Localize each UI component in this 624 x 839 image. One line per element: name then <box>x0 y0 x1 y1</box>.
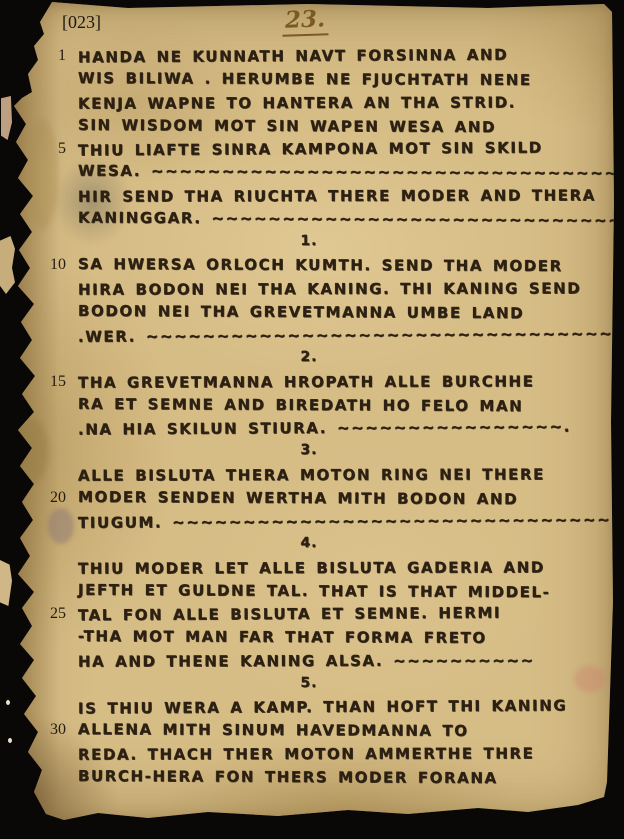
manuscript-line-text: TIUGUM. ~~~~~~~~~~~~~~~~~~~~~~~~~~~~~~~~… <box>78 510 624 532</box>
manuscript-line-text: HANDA NE KUNNATH NAVT FORSINNA AND <box>78 46 508 67</box>
manuscript-line: KANINGGAR. ~~~~~~~~~~~~~~~~~~~~~~~~~~~~~… <box>8 210 610 233</box>
manuscript-line: HA AND THENE KANING ALSA. ~~~~~~~~~~ <box>8 652 610 675</box>
manuscript-line: 15THA GREVETMANNA HROPATH ALLE BURCHHE <box>8 373 610 396</box>
manuscript-line: 30ALLENA MITH SINUM HAVEDMANNA TO <box>8 721 610 744</box>
section-heading-text: 4. <box>8 534 610 553</box>
section-heading-text: 1. <box>8 231 610 251</box>
manuscript-line: 20MODER SENDEN WERTHA MITH BODON AND <box>8 489 610 512</box>
margin-line-number: 10 <box>36 256 66 274</box>
manuscript-line: ALLE BISLUTA THERA MOTON RING NEI THERE <box>8 466 610 489</box>
margin-line-number: 25 <box>36 605 66 623</box>
manuscript-line-text: BODON NEI THA GREVETMANNA UMBE LAND <box>78 302 524 322</box>
manuscript-line-text: -THA MOT MAN FAR THAT FORMA FRETO <box>78 627 487 647</box>
margin-line-number: 30 <box>36 721 66 739</box>
margin-line-number: 5 <box>36 140 66 158</box>
manuscript-line: TIUGUM. ~~~~~~~~~~~~~~~~~~~~~~~~~~~~~~~~… <box>8 512 610 535</box>
manuscript-line: 25TAL FON ALLE BISLUTA ET SEMNE. HERMI <box>8 605 610 628</box>
manuscript-line: BURCH-HERA FON THERS MODER FORANA <box>8 768 610 791</box>
page-number-heading: 23. <box>281 5 328 37</box>
manuscript-line-text: WIS BILIWA . HERUMBE NE FJUCHTATH NENE <box>78 69 532 89</box>
manuscript-line: WESA. ~~~~~~~~~~~~~~~~~~~~~~~~~~~~~~~~~~… <box>8 163 610 186</box>
torn-paper-stub <box>1 96 12 140</box>
manuscript-line-text: HA AND THENE KANING ALSA. ~~~~~~~~~~ <box>78 651 535 670</box>
manuscript-line-text: REDA. THACH THER MOTON AMMERTHE THRE <box>78 744 535 763</box>
manuscript-line-text: HIR SEND THA RIUCHTA THERE MODER AND THE… <box>78 186 596 205</box>
manuscript-line: .NA HIA SKILUN STIURA. ~~~~~~~~~~~~~~~~. <box>8 419 610 442</box>
manuscript-line-text: HIRA BODON NEI THA KANING. THI KANING SE… <box>78 279 581 298</box>
manuscript-line-text: JEFTH ET GULDNE TAL. THAT IS THAT MIDDEL… <box>78 581 551 601</box>
torn-paper-stub <box>0 236 15 294</box>
manuscript-line: HIRA BODON NEI THA KANING. THI KANING SE… <box>8 280 610 303</box>
manuscript-line-text: .NA HIA SKILUN STIURA. ~~~~~~~~~~~~~~~~. <box>78 417 571 438</box>
manuscript-line-text: BURCH-HERA FON THERS MODER FORANA <box>78 767 498 787</box>
torn-paper-stub <box>0 560 12 606</box>
manuscript-line: WIS BILIWA . HERUMBE NE FJUCHTATH NENE <box>8 70 610 93</box>
section-heading: 4. <box>8 535 610 558</box>
manuscript-line: REDA. THACH THER MOTON AMMERTHE THRE <box>8 745 610 768</box>
manuscript-line: JEFTH ET GULDNE TAL. THAT IS THAT MIDDEL… <box>8 582 610 605</box>
manuscript-line-text: .WER. ~~~~~~~~~~~~~~~~~~~~~~~~~~~~~~~~~~… <box>78 324 624 346</box>
margin-line-number: 20 <box>36 489 66 507</box>
manuscript-page: [023] 23. 1HANDA NE KUNNATH NAVT FORSINN… <box>8 2 616 822</box>
section-heading-text: 2. <box>8 348 610 367</box>
manuscript-line-text: KENJA WAPNE TO HANTERA AN THA STRID. <box>78 93 516 112</box>
paper-speck <box>8 738 12 743</box>
manuscript-line-text: RA ET SEMNE AND BIREDATH HO FELO MAN <box>78 395 523 415</box>
manuscript-line-text: TAL FON ALLE BISLUTA ET SEMNE. HERMI <box>78 604 501 625</box>
paper-speck <box>6 700 10 705</box>
manuscript-line-text: ALLE BISLUTA THERA MOTON RING NEI THERE <box>78 465 545 484</box>
section-heading: 3. <box>8 442 610 465</box>
manuscript-line: HIR SEND THA RIUCHTA THERE MODER AND THE… <box>8 187 610 210</box>
manuscript-line: THIU MODER LET ALLE BISLUTA GADERIA AND <box>8 559 610 582</box>
manuscript-line: 10SA HWERSA ORLOCH KUMTH. SEND THA MODER <box>8 256 610 279</box>
manuscript-line-text: KANINGGAR. ~~~~~~~~~~~~~~~~~~~~~~~~~~~~~… <box>78 208 624 229</box>
manuscript-line-text: WESA. ~~~~~~~~~~~~~~~~~~~~~~~~~~~~~~~~~~… <box>78 162 624 183</box>
editorial-page-label: [023] <box>62 12 101 33</box>
section-heading-text: 5. <box>8 673 610 692</box>
manuscript-line-text: SA HWERSA ORLOCH KUMTH. SEND THA MODER <box>78 255 563 275</box>
section-heading: 1. <box>8 233 610 256</box>
manuscript-line: RA ET SEMNE AND BIREDATH HO FELO MAN <box>8 396 610 419</box>
manuscript-scan: [023] 23. 1HANDA NE KUNNATH NAVT FORSINN… <box>0 0 624 839</box>
manuscript-line: 5THIU LIAFTE SINRA KAMPONA MOT SIN SKILD <box>8 140 610 163</box>
manuscript-line-text: IS THIU WERA A KAMP. THAN HOFT THI KANIN… <box>78 697 567 718</box>
manuscript-line-text: THIU MODER LET ALLE BISLUTA GADERIA AND <box>78 558 545 577</box>
manuscript-line: .WER. ~~~~~~~~~~~~~~~~~~~~~~~~~~~~~~~~~~… <box>8 326 610 349</box>
manuscript-line: BODON NEI THA GREVETMANNA UMBE LAND <box>8 303 610 326</box>
margin-line-number: 15 <box>36 373 66 391</box>
manuscript-line-text: ALLENA MITH SINUM HAVEDMANNA TO <box>78 720 469 740</box>
manuscript-line: -THA MOT MAN FAR THAT FORMA FRETO <box>8 628 610 651</box>
section-heading-text: 3. <box>8 441 610 460</box>
manuscript-line-text: THA GREVETMANNA HROPATH ALLE BURCHHE <box>78 372 535 391</box>
manuscript-line: KENJA WAPNE TO HANTERA AN THA STRID. <box>8 94 610 117</box>
manuscript-line-text: SIN WISDOM MOT SIN WAPEN WESA AND <box>78 116 496 136</box>
manuscript-line-text: THIU LIAFTE SINRA KAMPONA MOT SIN SKILD <box>78 139 543 160</box>
manuscript-line: SIN WISDOM MOT SIN WAPEN WESA AND <box>8 117 610 140</box>
manuscript-line: 1HANDA NE KUNNATH NAVT FORSINNA AND <box>8 47 610 70</box>
manuscript-line: IS THIU WERA A KAMP. THAN HOFT THI KANIN… <box>8 698 610 721</box>
margin-line-number: 1 <box>36 47 66 65</box>
manuscript-line-text: MODER SENDEN WERTHA MITH BODON AND <box>78 488 518 508</box>
section-heading: 5. <box>8 675 610 698</box>
section-heading: 2. <box>8 349 610 372</box>
